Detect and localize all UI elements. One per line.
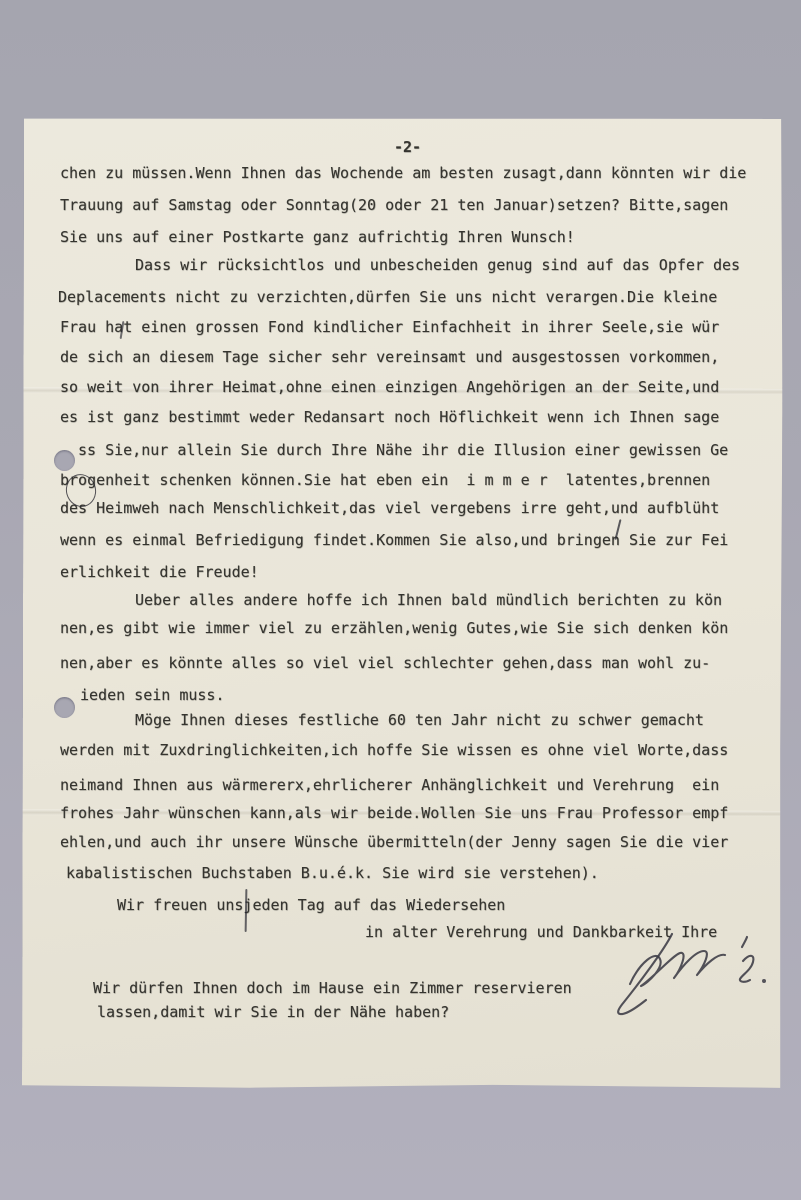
letter-line: werden mit Zuxdringlichkeiten,ich hoffe … (60, 741, 728, 760)
letter-line: nen,es gibt wie immer viel zu erzählen,w… (60, 619, 728, 638)
letter-line: wenn es einmal Befriedigung findet.Komme… (60, 531, 728, 550)
letter-line: so weit von ihrer Heimat,ohne einen einz… (60, 378, 719, 397)
letter-line: de sich an diesem Tage sicher sehr verei… (60, 348, 719, 367)
letter-line: kabalistischen Buchstaben B.u.é.k. Sie w… (66, 864, 599, 883)
letter-line: neimand Ihnen aus wärmererx,ehrlicherer … (60, 776, 719, 795)
letter-line: Dass wir rücksichtlos und unbescheiden g… (135, 256, 740, 275)
letter-line: nen,aber es könnte alles so viel viel sc… (60, 654, 710, 673)
letter-line: brogenheit schenken können.Sie hat eben … (60, 471, 710, 490)
letter-line: Deplacements nicht zu verzichten,dürfen … (58, 288, 717, 307)
letter-line: Möge Ihnen dieses festliche 60 ten Jahr … (135, 711, 704, 730)
letter-line: Wir dürfen Ihnen doch im Hause ein Zimme… (93, 979, 572, 998)
letter-line: Sie uns auf einer Postkarte ganz aufrich… (60, 228, 575, 247)
letter-line: Ueber alles andere hoffe ich Ihnen bald … (135, 591, 722, 610)
punch-hole-top (54, 450, 75, 471)
handwritten-signature (596, 920, 788, 1022)
letter-line: es ist ganz bestimmt weder Redansart noc… (60, 408, 719, 427)
scanned-letter-photo: -2- chen zu müssen.Wenn Ihnen das Wochen… (0, 0, 801, 1200)
letter-line: ss Sie,nur allein Sie durch Ihre Nähe ih… (78, 441, 728, 460)
letter-line: Frau hat einen grossen Fond kindlicher E… (60, 318, 719, 337)
letter-line: des Heimweh nach Menschlichkeit,das viel… (60, 499, 719, 518)
letter-line: Wir freuen unsjeden Tag auf das Wiederse… (117, 896, 505, 915)
letter-line: frohes Jahr wünschen kann,als wir beide.… (60, 804, 728, 823)
letter-line: Trauung auf Samstag oder Sonntag(20 oder… (60, 196, 728, 215)
punch-hole-bottom (54, 697, 75, 718)
letter-line: ehlen,und auch ihr unsere Wünsche übermi… (60, 833, 728, 852)
letter-line: ieden sein muss. (80, 686, 225, 705)
letter-line: lassen,damit wir Sie in der Nähe haben? (97, 1003, 449, 1022)
letter-line: chen zu müssen.Wenn Ihnen das Wochende a… (60, 164, 746, 183)
letter-line: erlichkeit die Freude! (60, 563, 259, 582)
